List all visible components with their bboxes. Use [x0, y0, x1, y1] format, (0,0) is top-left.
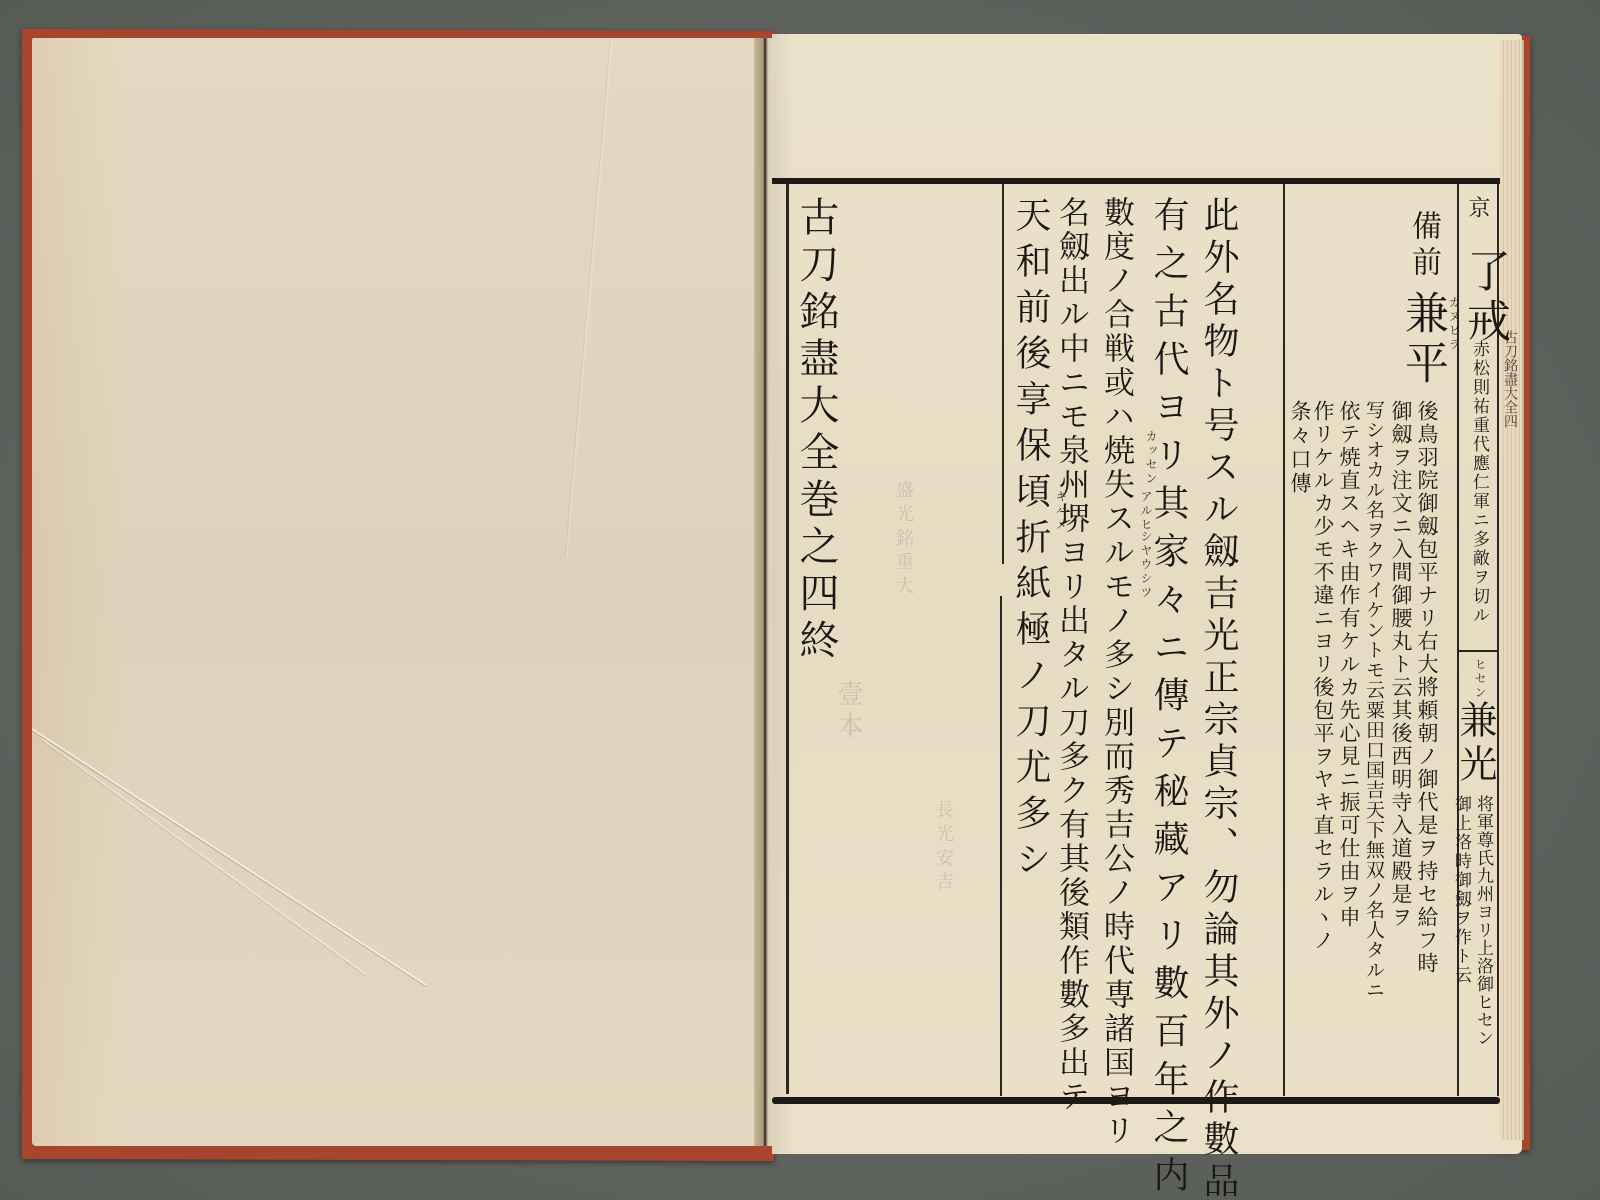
entry-smith-name: 兼光 [1456, 700, 1494, 788]
page-fore-edges [1500, 40, 1524, 1140]
entry-province: 京 [1466, 196, 1488, 222]
fore-edge-label: 古刀銘盡大全四 [1500, 330, 1520, 428]
left-border-rule [786, 184, 789, 1094]
entry-body-line: 条々口傳 [1289, 400, 1310, 496]
afterword-line-2: 有之古代ヨリ其家々ニ傳テ秘藏アリ數百年之内 [1150, 196, 1186, 1200]
paper-crease [31, 728, 426, 986]
bleed-through-text: 長光安吉 [930, 800, 956, 896]
entry-smith-name: 兼平 [1400, 290, 1444, 390]
bottom-border-rule [772, 1097, 1500, 1104]
entry-body-line: 写シオカル名ヲクワイケントモ云粟田口国吉天下無双ノ名人タルニ [1364, 400, 1383, 1000]
afterword-line-5: 天和前後享保頃折紙極ノ刀尤多シ [1012, 196, 1048, 886]
column-divider [1283, 184, 1285, 1096]
province-ruby: ヒセン [1474, 658, 1486, 700]
book-gutter [754, 38, 774, 1146]
afterword-line-3: 數度ノ合戦或ハ焼失スルモノ多シ別而秀吉公ノ時代専諸国ヨリ [1100, 196, 1131, 1148]
ruby-annotation: キハメ [1055, 490, 1067, 532]
ruby-annotation: カッセン [1145, 430, 1157, 486]
left-page-blank [32, 38, 754, 1146]
entry-body-line: 依テ焼直スヘキ由作有ケルカ先心見ニ振可仕由ヲ申 [1338, 400, 1359, 929]
top-border-rule [772, 178, 1500, 184]
entry-body-line: 将軍尊氏九州ヨリ上洛御ヒセン [1474, 795, 1491, 1047]
entry-body-line: 後鳥羽院御劔包平ナリ右大將頼朝ノ御代是ヲ持セ給フ時 [1416, 400, 1437, 975]
entry-note: 赤松則祐重代應仁軍ニ多敵ヲ切ル [1470, 340, 1487, 625]
entry-separator [1459, 650, 1499, 652]
bleed-through-text: 壹本 [830, 680, 867, 744]
ruby-annotation: シヤウシツ [1140, 530, 1152, 600]
afterword-line-4: 名劔出ル中ニモ泉州堺ヨリ出タル刀多ク有其後類作數多出テ [1055, 196, 1086, 1114]
column-divider [1002, 184, 1004, 564]
column-divider [1000, 596, 1002, 1096]
paper-crease [566, 39, 613, 557]
bleed-through-text: 盛光銘重大 [890, 480, 916, 600]
entry-body-line: 御上洛時御劔ヲ作ト云 [1452, 795, 1469, 985]
entry-body-line: 作リケルカ少モ不違ニヨリ後包平ヲヤキ直セラルヽノ [1312, 400, 1333, 952]
entry-body-line: 御劔ヲ注文ニ入間御腰丸ト云其後西明寺入道殿是ヲ [1390, 400, 1411, 929]
smith-name-ruby: カヌヒラ [1448, 296, 1460, 352]
entry-province: 備前 [1408, 210, 1438, 282]
paper-crease [41, 738, 366, 975]
afterword-line-1: 此外名物ト号スル劔吉光正宗貞宗、勿論其外ノ作數品 [1200, 196, 1236, 1200]
colophon-title: 古刀銘盡大全巻之四終 [796, 196, 836, 666]
ruby-annotation: アルヒ [1140, 490, 1152, 532]
